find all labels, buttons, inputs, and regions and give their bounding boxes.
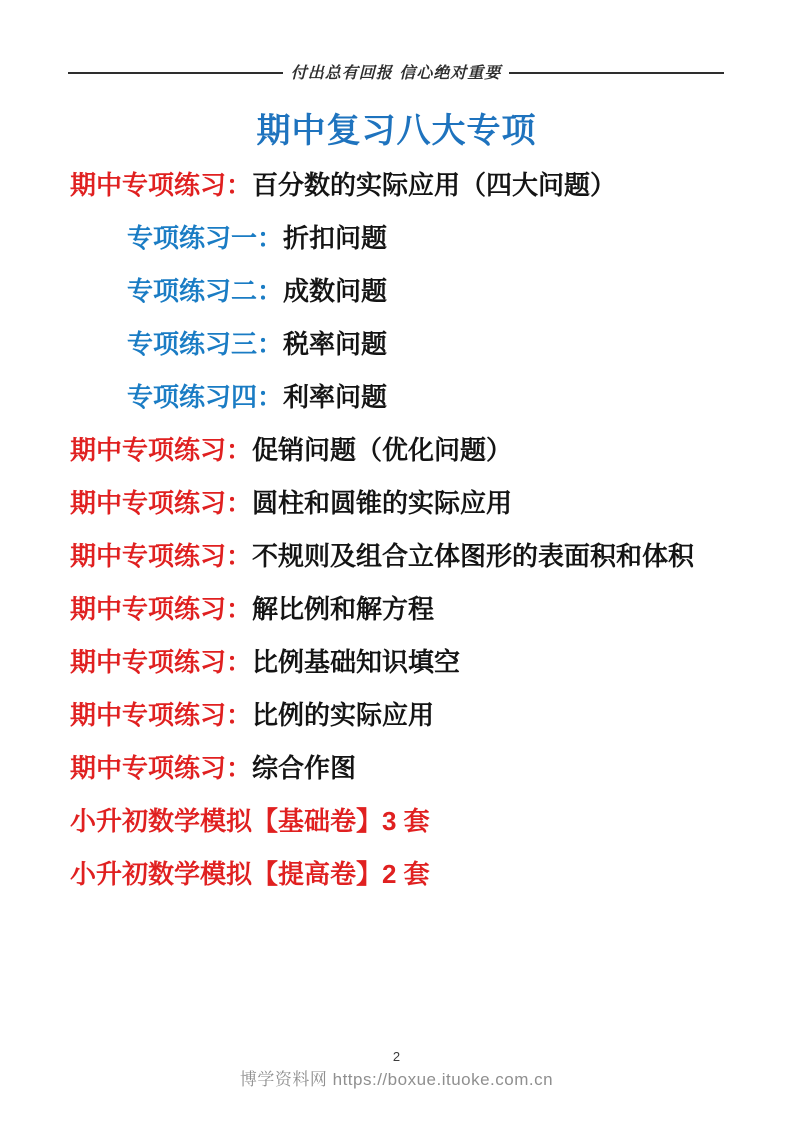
watermark-text: 博学资料网 https://boxue.ituoke.com.cn: [0, 1065, 793, 1090]
toc-item-text: 促销问题（优化问题）: [252, 435, 512, 465]
toc-item: 期中专项练习：比例基础知识填空: [70, 646, 763, 679]
toc-item-label: 期中专项练习：: [70, 541, 252, 571]
toc-item: 专项练习三：税率问题: [70, 328, 763, 361]
toc-item-text: 百分数的实际应用（四大问题）: [252, 170, 616, 200]
toc-item: 期中专项练习：百分数的实际应用（四大问题）: [70, 169, 763, 202]
toc-item-text: 解比例和解方程: [252, 594, 434, 624]
toc-item-label: 期中专项练习：: [70, 753, 252, 783]
page-number: 2: [0, 1049, 793, 1064]
toc-item: 期中专项练习：综合作图: [70, 752, 763, 785]
toc-item-label: 期中专项练习：: [70, 594, 252, 624]
toc-item: 专项练习四：利率问题: [70, 381, 763, 414]
toc-item-label: 专项练习四：: [127, 382, 283, 412]
toc-item-label: 专项练习二：: [127, 276, 283, 306]
page-title: 期中复习八大专项: [0, 103, 793, 152]
toc-item-text: 不规则及组合立体图形的表面积和体积: [252, 541, 694, 571]
toc-item-text: 比例基础知识填空: [252, 647, 460, 677]
toc-item-label: 专项练习一：: [127, 223, 283, 253]
header-slogan: 付出总有回报 信心绝对重要: [283, 62, 510, 84]
toc-item-label: 小升初数学模拟【基础卷】3 套: [70, 806, 430, 836]
page-header: 付出总有回报 信心绝对重要: [68, 62, 724, 84]
toc-item: 专项练习二：成数问题: [70, 275, 763, 308]
toc-item-text: 综合作图: [252, 753, 356, 783]
toc-list: 期中专项练习：百分数的实际应用（四大问题）专项练习一：折扣问题专项练习二：成数问…: [70, 169, 763, 911]
toc-item: 期中专项练习：促销问题（优化问题）: [70, 434, 763, 467]
toc-item-label: 期中专项练习：: [70, 647, 252, 677]
toc-item-label: 期中专项练习：: [70, 488, 252, 518]
toc-item: 期中专项练习：比例的实际应用: [70, 699, 763, 732]
toc-item-label: 专项练习三：: [127, 329, 283, 359]
toc-item-text: 税率问题: [283, 329, 387, 359]
toc-item: 小升初数学模拟【基础卷】3 套: [70, 805, 763, 838]
toc-item: 专项练习一：折扣问题: [70, 222, 763, 255]
toc-item: 期中专项练习：圆柱和圆锥的实际应用: [70, 487, 763, 520]
toc-item-text: 折扣问题: [283, 223, 387, 253]
toc-item-label: 小升初数学模拟【提高卷】2 套: [70, 859, 430, 889]
toc-item-text: 利率问题: [283, 382, 387, 412]
toc-item-label: 期中专项练习：: [70, 170, 252, 200]
toc-item-label: 期中专项练习：: [70, 700, 252, 730]
toc-item: 小升初数学模拟【提高卷】2 套: [70, 858, 763, 891]
toc-item-text: 比例的实际应用: [252, 700, 434, 730]
toc-item: 期中专项练习：解比例和解方程: [70, 593, 763, 626]
toc-item-text: 圆柱和圆锥的实际应用: [252, 488, 512, 518]
toc-item-label: 期中专项练习：: [70, 435, 252, 465]
toc-item: 期中专项练习：不规则及组合立体图形的表面积和体积: [70, 540, 763, 573]
toc-item-text: 成数问题: [283, 276, 387, 306]
document-page: 付出总有回报 信心绝对重要 期中复习八大专项 期中专项练习：百分数的实际应用（四…: [0, 0, 793, 1122]
